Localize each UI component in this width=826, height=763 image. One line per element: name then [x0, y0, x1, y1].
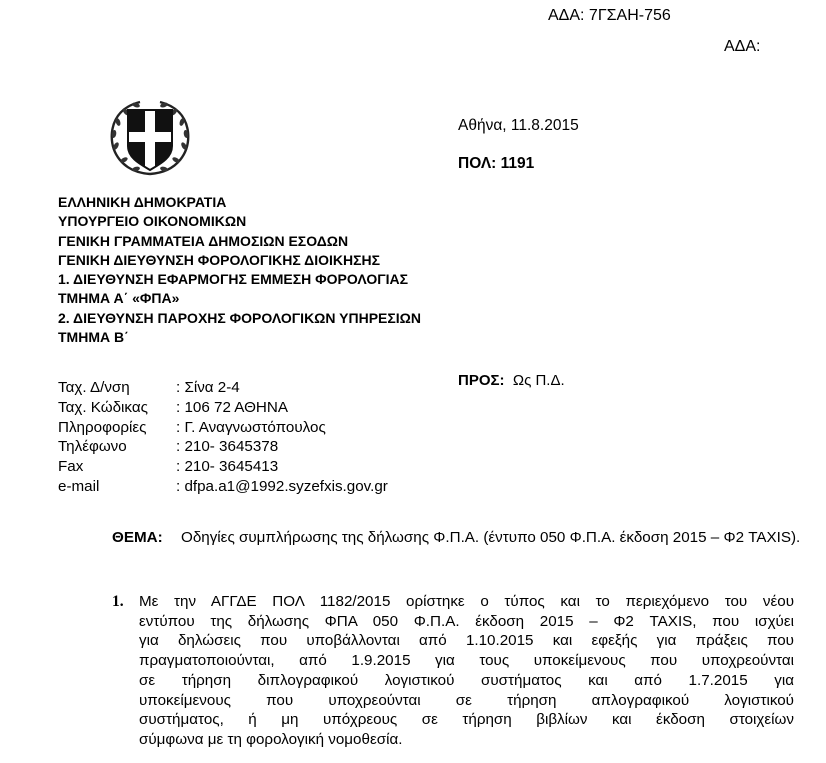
contact-key: Πληροφορίες — [58, 418, 176, 438]
contact-row-address: Ταχ. Δ/νση : Σίνα 2-4 — [58, 378, 388, 398]
contact-value: : 106 72 ΑΘΗΝΑ — [176, 398, 288, 418]
contact-row-info: Πληροφορίες : Γ. Αναγνωστόπουλος — [58, 418, 388, 438]
authority-line: ΥΠΟΥΡΓΕΙΟ ΟΙΚΟΝΟΜΙΚΩΝ — [58, 212, 421, 231]
paragraph-1: 1. Με την ΑΓΓΔΕ ΠΟΛ 1182/2015 ορίστηκε ο… — [112, 592, 794, 750]
recipient: ΠΡΟΣ: Ως Π.Δ. — [458, 372, 565, 389]
contact-value: : dfpa.a1@1992.syzefxis.gov.gr — [176, 477, 388, 497]
contact-row-fax: Fax : 210- 3645413 — [58, 457, 388, 477]
subject: ΘΕΜΑ: Οδηγίες συμπλήρωσης της δήλωσης Φ.… — [112, 528, 826, 548]
contact-details: Ταχ. Δ/νση : Σίνα 2-4 Ταχ. Κώδικας : 106… — [58, 378, 388, 497]
paragraph-line: Με την ΑΓΓΔΕ ΠΟΛ 1182/2015 ορίστηκε ο τύ… — [139, 592, 794, 612]
authority-line: ΤΜΗΜΑ Β΄ — [58, 328, 421, 347]
authority-line: ΕΛΛΗΝΙΚΗ ΔΗΜΟΚΡΑΤΙΑ — [58, 193, 421, 212]
paragraph-text: Με την ΑΓΓΔΕ ΠΟΛ 1182/2015 ορίστηκε ο τύ… — [139, 592, 794, 750]
contact-value: : 210- 3645413 — [176, 457, 278, 477]
paragraph-line: εντύπου της δήλωσης ΦΠΑ 050 Φ.Π.Α. έκδοσ… — [139, 612, 794, 632]
contact-row-postcode: Ταχ. Κώδικας : 106 72 ΑΘΗΝΑ — [58, 398, 388, 418]
contact-row-phone: Τηλέφωνο : 210- 3645378 — [58, 437, 388, 457]
paragraph-line: συστήματος, ή μη υπόχρεους σε τήρηση βιβ… — [139, 710, 794, 730]
paragraph-line: σύμφωνα με τη φορολογική νομοθεσία. — [139, 730, 794, 750]
authority-line: ΓΕΝΙΚΗ ΓΡΑΜΜΑΤΕΙΑ ΔΗΜΟΣΙΩΝ ΕΣΟΔΩΝ — [58, 232, 421, 251]
greek-coat-of-arms-icon — [106, 96, 194, 178]
ada-code: ΑΔΑ: 7ΓΣΑΗ-756 — [548, 7, 671, 25]
authority-line: 2. ΔΙΕΥΘΥΝΣΗ ΠΑΡΟΧΗΣ ΦΟΡΟΛΟΓΙΚΩΝ ΥΠΗΡΕΣΙ… — [58, 309, 421, 328]
authority-line: ΓΕΝΙΚΗ ΔΙΕΥΘΥΝΣΗ ΦΟΡΟΛΟΓΙΚΗΣ ΔΙΟΙΚΗΣΗΣ — [58, 251, 421, 270]
contact-key: Ταχ. Κώδικας — [58, 398, 176, 418]
subject-label: ΘΕΜΑ: — [112, 528, 181, 548]
pol-number: ΠΟΛ: 1191 — [458, 155, 534, 173]
recipient-label: ΠΡΟΣ: — [458, 372, 505, 389]
document-date: Αθήνα, 11.8.2015 — [458, 117, 579, 135]
contact-value: : 210- 3645378 — [176, 437, 278, 457]
paragraph-line: σε τήρηση διπλογραφικού λογιστικού συστή… — [139, 671, 794, 691]
issuing-authority: ΕΛΛΗΝΙΚΗ ΔΗΜΟΚΡΑΤΙΑ ΥΠΟΥΡΓΕΙΟ ΟΙΚΟΝΟΜΙΚΩ… — [58, 193, 421, 347]
contact-key: Ταχ. Δ/νση — [58, 378, 176, 398]
ada-label: ΑΔΑ: — [724, 38, 760, 56]
recipient-value: Ως Π.Δ. — [513, 372, 565, 389]
authority-line: ΤΜΗΜΑ Α΄ «ΦΠΑ» — [58, 289, 421, 308]
contact-value: : Γ. Αναγνωστόπουλος — [176, 418, 326, 438]
contact-value: : Σίνα 2-4 — [176, 378, 240, 398]
paragraph-number: 1. — [112, 592, 139, 750]
paragraph-line: πραγματοποιούνται, από 1.9.2015 για τους… — [139, 651, 794, 671]
contact-key: e-mail — [58, 477, 176, 497]
subject-text: Οδηγίες συμπλήρωσης της δήλωσης Φ.Π.Α. (… — [181, 528, 826, 548]
paragraph-line: υποκείμενους που υποχρεούνται σε τήρηση … — [139, 691, 794, 711]
contact-key: Fax — [58, 457, 176, 477]
paragraph-line: για δηλώσεις που υποβάλλονται από 1.10.2… — [139, 631, 794, 651]
authority-line: 1. ΔΙΕΥΘΥΝΣΗ ΕΦΑΡΜΟΓΗΣ ΕΜΜΕΣΗ ΦΟΡΟΛΟΓΙΑΣ — [58, 270, 421, 289]
contact-key: Τηλέφωνο — [58, 437, 176, 457]
contact-row-email: e-mail : dfpa.a1@1992.syzefxis.gov.gr — [58, 477, 388, 497]
